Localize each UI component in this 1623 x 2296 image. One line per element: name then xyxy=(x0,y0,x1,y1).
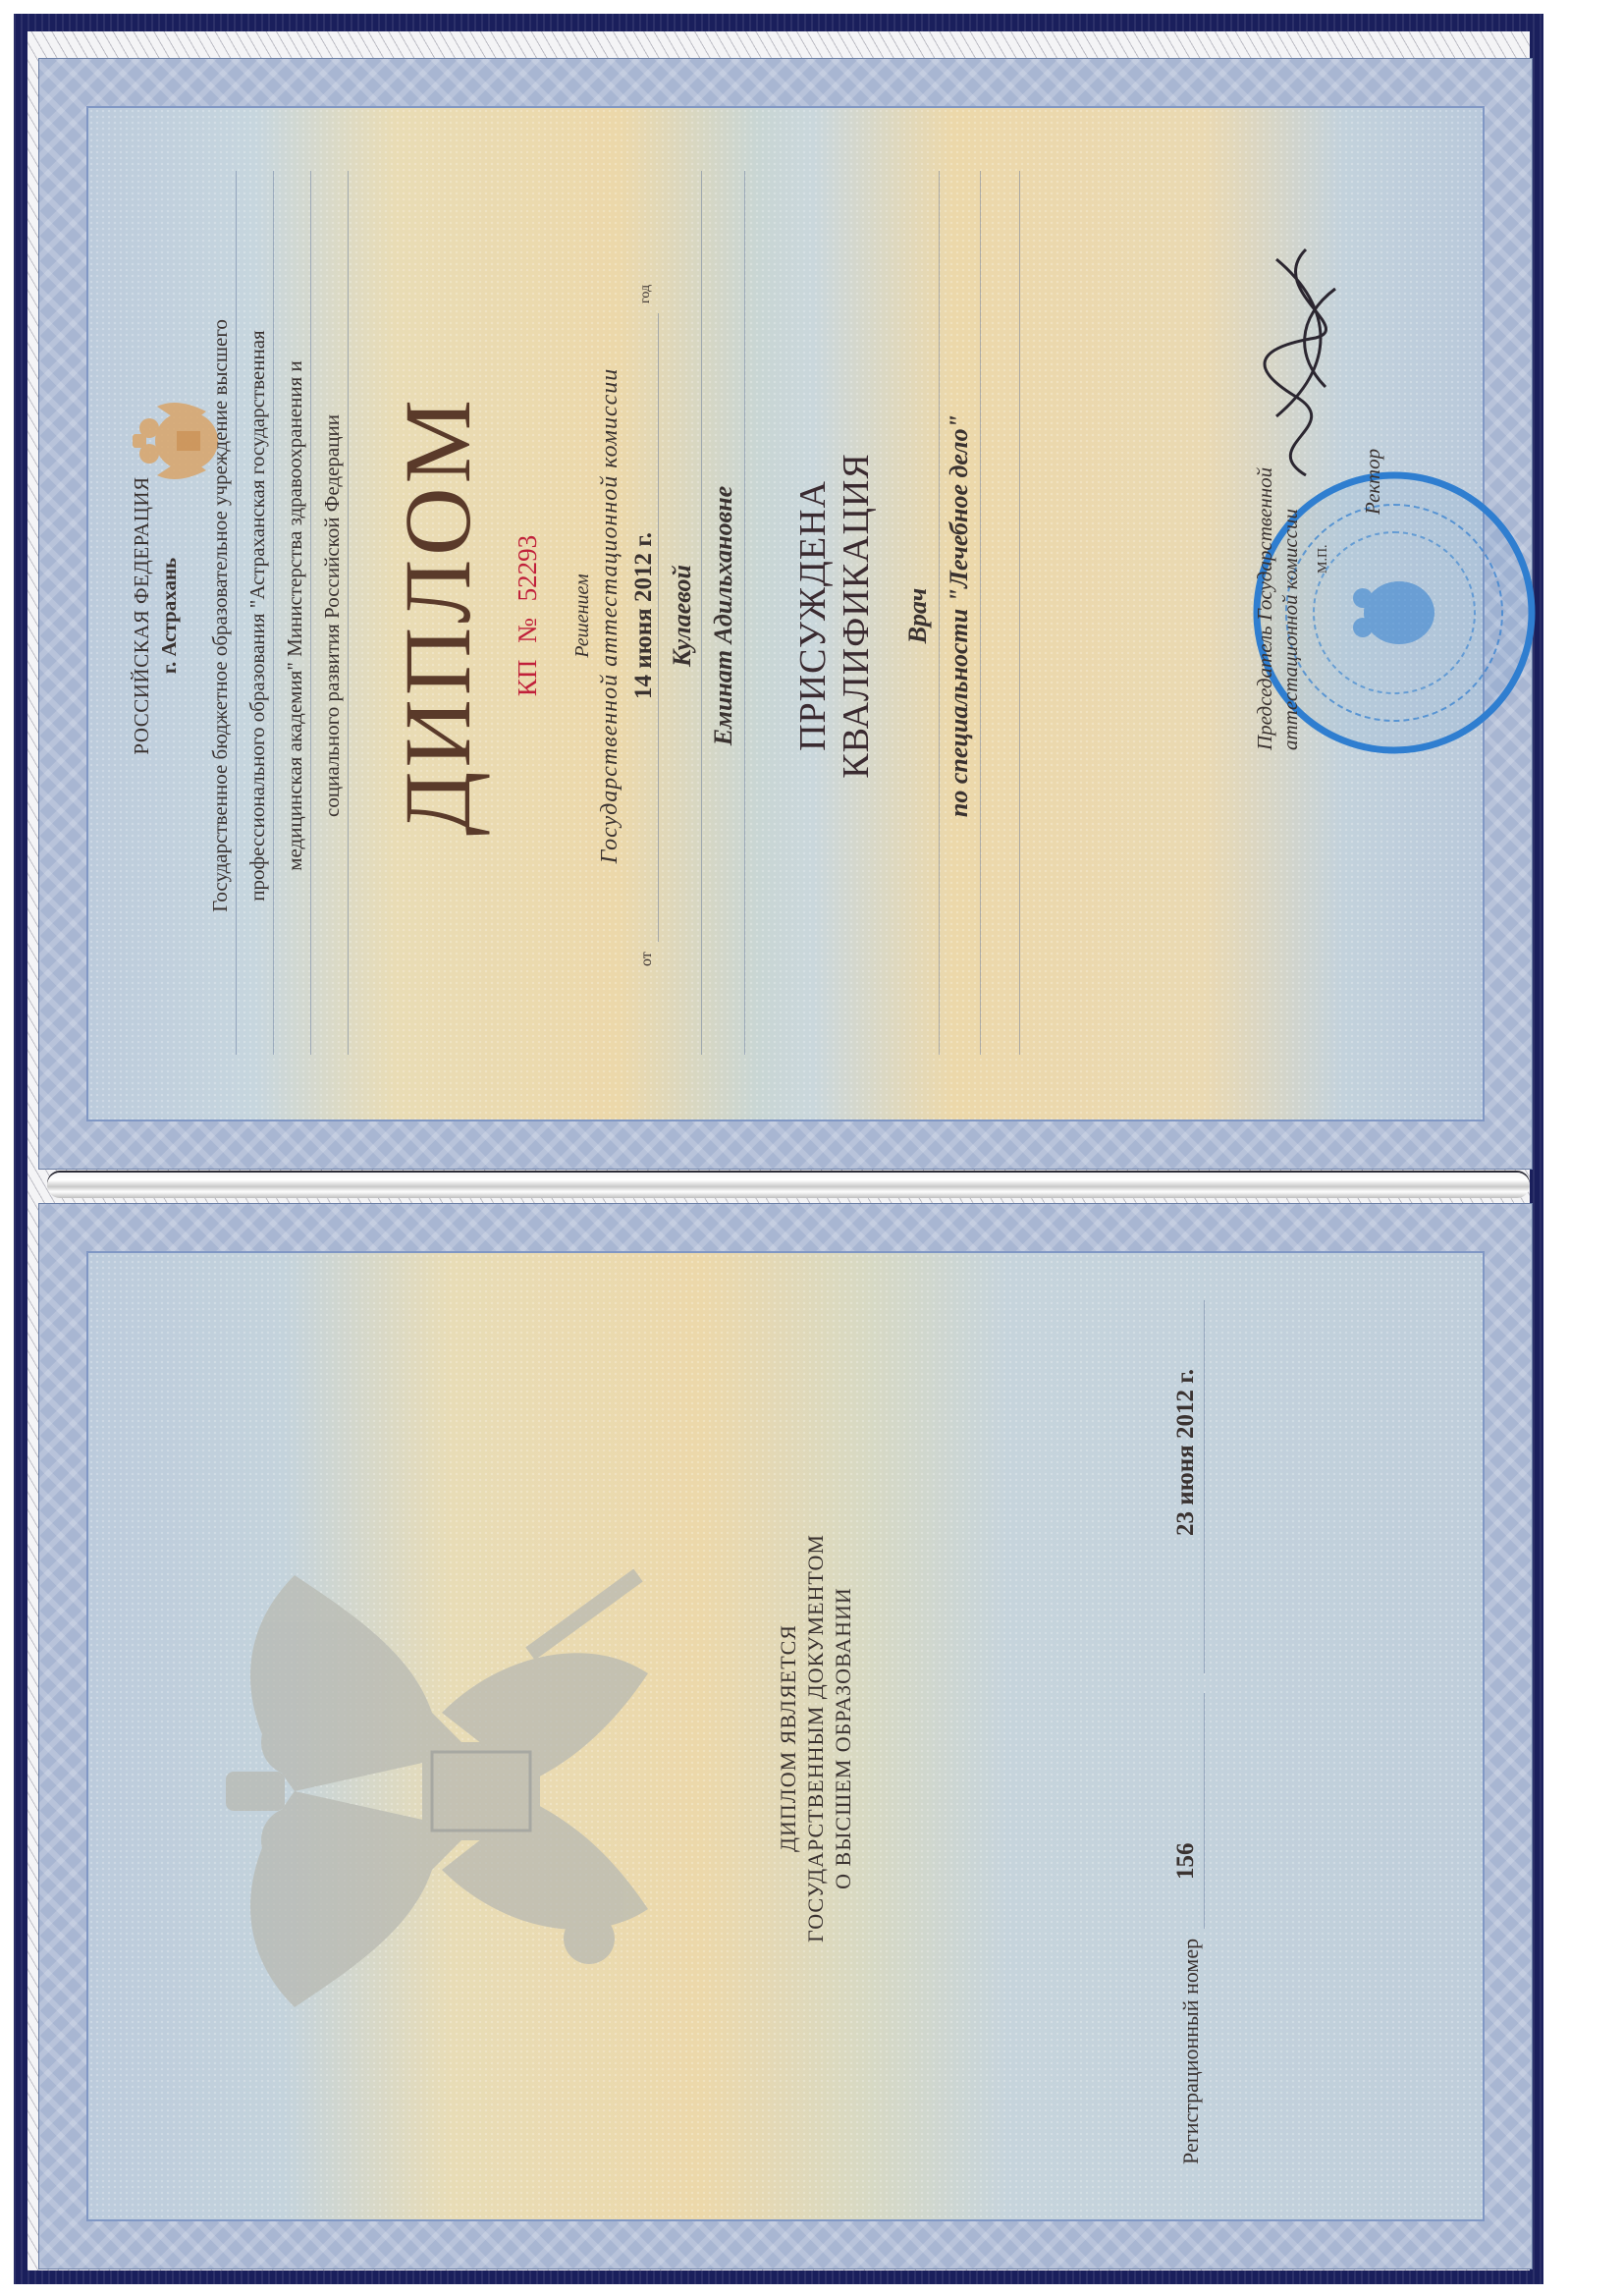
rule xyxy=(310,171,311,1055)
rule xyxy=(939,171,940,1055)
signature-image xyxy=(1237,230,1375,485)
rule xyxy=(1019,171,1020,1055)
date-underline xyxy=(658,313,659,942)
statement-line-2: ГОСУДАРСТВЕННЫМ ДОКУМЕНТОМ xyxy=(803,1253,829,2223)
chair-label-2: аттестационной комиссии xyxy=(1278,509,1303,750)
awarded-line-2: КВАЛИФИКАЦИЯ xyxy=(835,108,878,1123)
serial-sign: № xyxy=(513,618,542,643)
institution-line-2: профессионального образования "Астраханс… xyxy=(245,108,270,1123)
issue-date: 23 июня 2012 г. xyxy=(1172,1369,1200,1536)
awarded-line-1: ПРИСУЖДЕНА xyxy=(791,108,835,1123)
rule xyxy=(701,171,702,1055)
serial-number: КП № 52293 xyxy=(513,108,543,1123)
recipient-surname: Кулаевой xyxy=(668,108,697,1123)
binding-cord xyxy=(47,1173,1530,1198)
diploma-main-page: РОССИЙСКАЯ ФЕДЕРАЦИЯ г. Астрахань Госуда… xyxy=(39,59,1532,1169)
qualification: Врач xyxy=(903,108,933,1123)
decision-label: Решением xyxy=(571,108,594,1123)
year-label: год xyxy=(638,285,654,303)
issue-date-underline xyxy=(1204,1300,1205,1673)
page-field: ДИПЛОМ ЯВЛЯЕТСЯ ГОСУДАРСТВЕННЫМ ДОКУМЕНТ… xyxy=(86,1251,1485,2221)
statement-line-3: О ВЫСШЕМ ОБРАЗОВАНИИ xyxy=(831,1253,856,2223)
serial-prefix: КП xyxy=(513,660,542,697)
reg-number-underline xyxy=(1204,1693,1205,1929)
commission-label: Государственной аттестационной комиссии xyxy=(597,108,623,1123)
rule xyxy=(744,171,745,1055)
country-name: РОССИЙСКАЯ ФЕДЕРАЦИЯ xyxy=(130,108,154,1123)
institution-line-3: медицинская академия" Министерства здрав… xyxy=(283,108,307,1123)
rule xyxy=(980,171,981,1055)
seal-label: М.П. xyxy=(1316,544,1331,574)
rule xyxy=(236,171,237,1055)
institution-line-4: социального развития Российской Федераци… xyxy=(320,108,345,1123)
institution-line-1: Государственное бюджетное образовательно… xyxy=(208,108,233,1123)
document-title: ДИПЛОМ xyxy=(383,108,492,1123)
diploma-reverse-page: ДИПЛОМ ЯВЛЯЕТСЯ ГОСУДАРСТВЕННЫМ ДОКУМЕНТ… xyxy=(39,1204,1532,2269)
registration-label: Регистрационный номер xyxy=(1178,1939,1204,2164)
recipient-given-name: Еминат Адильхановне xyxy=(709,108,738,1123)
chair-label-1: Председатель Государственной xyxy=(1253,467,1277,750)
rule xyxy=(348,171,349,1055)
statement-line-1: ДИПЛОМ ЯВЛЯЕТСЯ xyxy=(776,1253,801,2223)
rule xyxy=(273,171,274,1055)
specialty: по специальности "Лечебное дело" xyxy=(945,108,974,1123)
coat-of-arms-watermark-icon xyxy=(177,1516,727,2066)
page-field: РОССИЙСКАЯ ФЕДЕРАЦИЯ г. Астрахань Госуда… xyxy=(86,106,1485,1121)
decision-date: 14 июня 2012 г. xyxy=(630,108,658,1123)
city-name: г. Астрахань xyxy=(157,108,182,1123)
registration-number: 156 xyxy=(1172,1843,1200,1881)
serial-value: 52293 xyxy=(513,535,542,602)
